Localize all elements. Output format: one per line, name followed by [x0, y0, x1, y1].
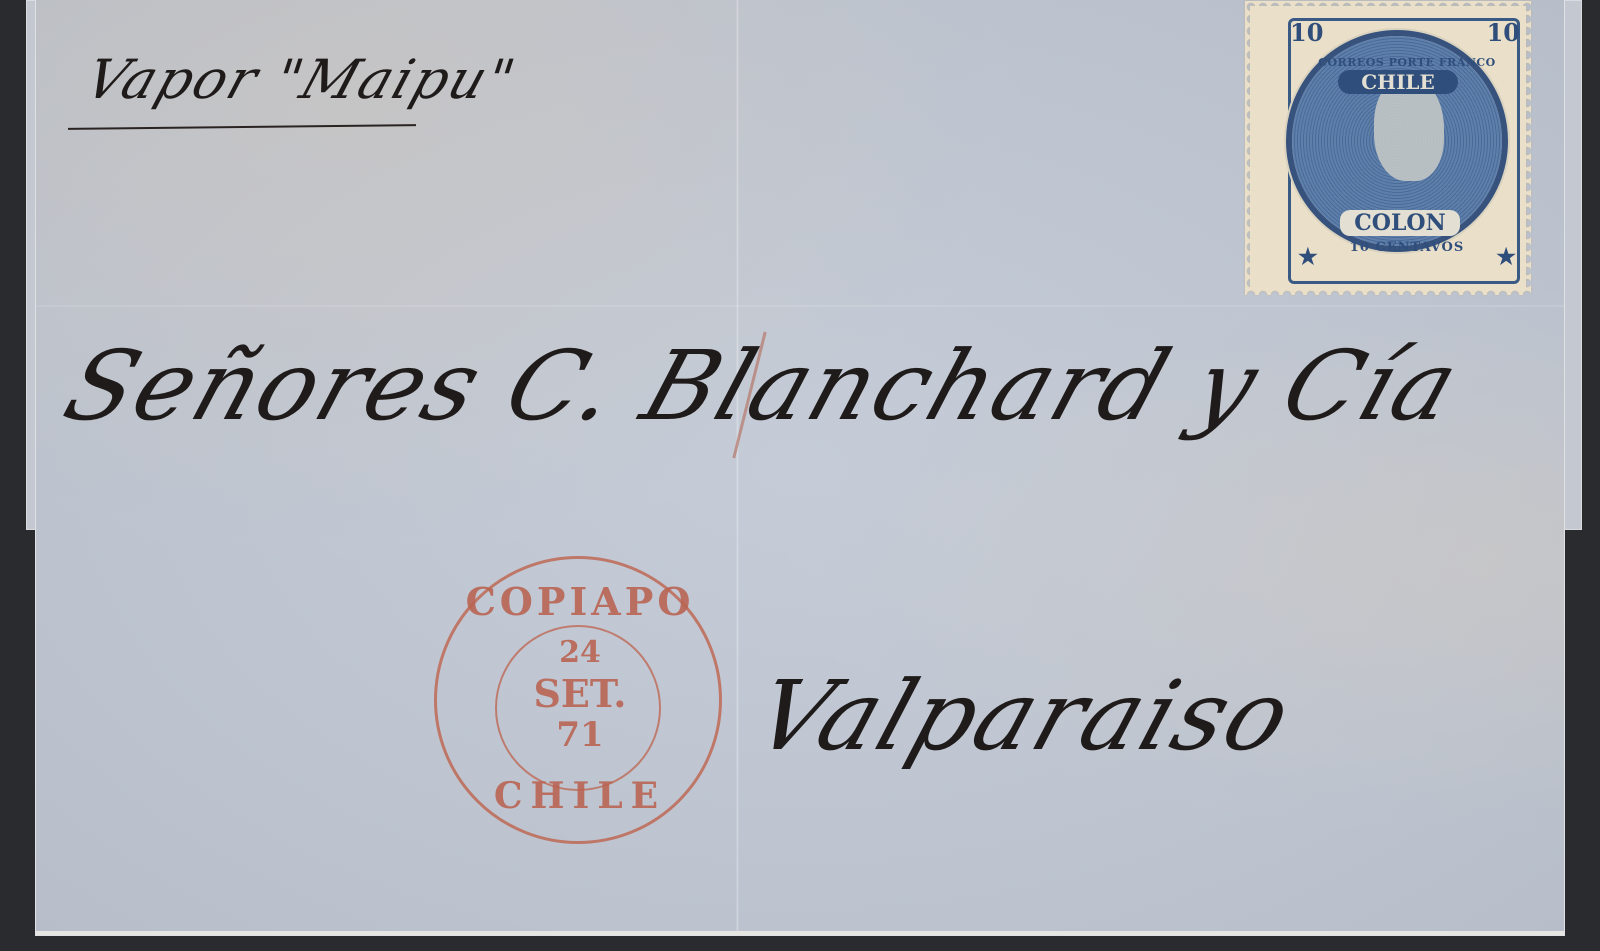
star-icon: ★	[1298, 244, 1318, 270]
stamp-top-inscription: CORREOS PORTE FRANCO	[1304, 56, 1510, 69]
stamp-country: CHILE	[1338, 70, 1458, 94]
postmark-day: 24	[497, 635, 663, 670]
postmark-country: CHILE	[467, 775, 693, 817]
stamp-value-right: 10	[1487, 18, 1520, 47]
sheet-bottom-edge	[36, 931, 1564, 935]
horizontal-fold-crease	[36, 305, 1564, 307]
destination-city-handwriting: Valparaiso	[742, 660, 1306, 772]
star-icon: ★	[1496, 244, 1516, 270]
circular-datestamp: COPIAPO 24 SET. 71 CHILE	[434, 556, 722, 844]
routing-handwriting: Vapor "Maipu"	[78, 48, 525, 111]
postage-stamp: 10 10 CORREOS PORTE FRANCO CHILE COLON 1…	[1250, 6, 1526, 290]
postmark-year: 71	[497, 715, 663, 755]
stamp-portrait-name: COLON	[1340, 210, 1460, 236]
postmark-month: SET.	[497, 671, 663, 716]
stamp-denomination: 10 CENTAVOS	[1304, 240, 1510, 255]
vertical-fold-crease	[736, 0, 739, 935]
stamp-value-left: 10	[1290, 18, 1323, 47]
postmark-town: COPIAPO	[447, 579, 713, 624]
